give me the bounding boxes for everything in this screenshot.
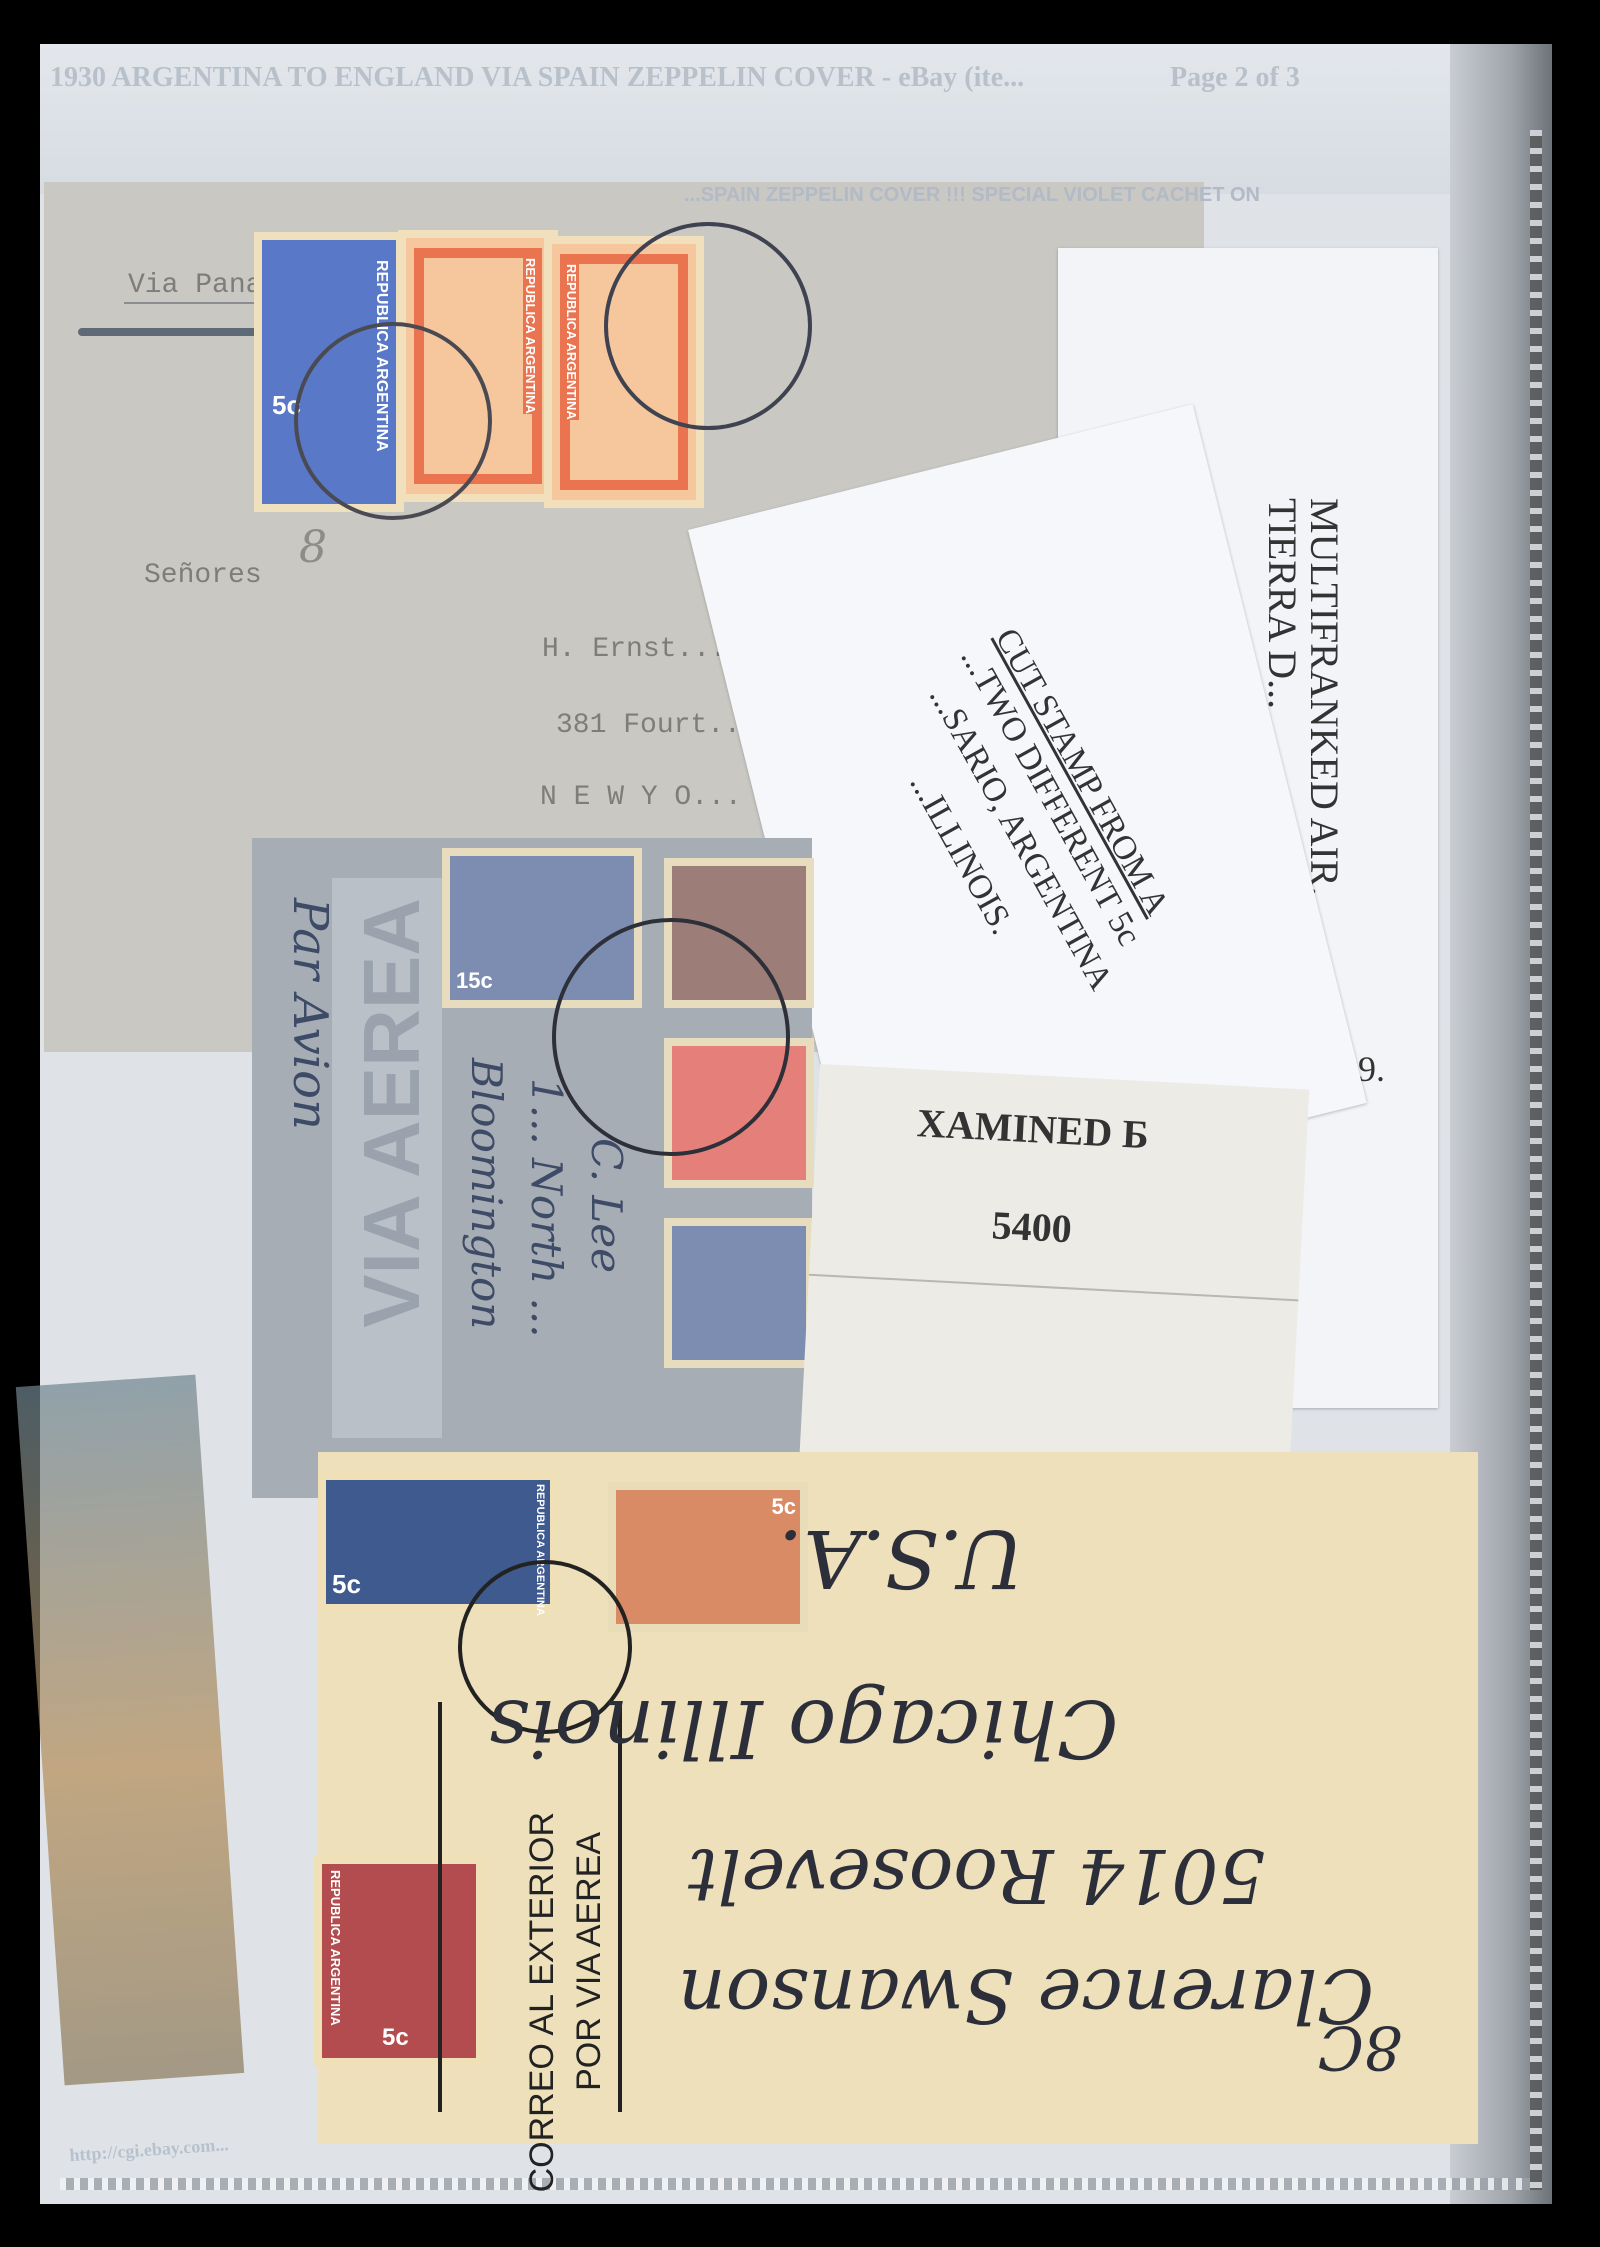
par-avion-handwriting: Par Avion <box>282 898 338 1130</box>
cancel-bar-1 <box>438 1702 442 2112</box>
blue-pencil-stroke <box>78 328 258 336</box>
note-line-1: MULTIFRANKED AIR... <box>1301 498 1348 917</box>
address-bloomington: Bloomington <box>462 1058 511 1329</box>
envelope-flap-edge <box>809 1274 1298 1302</box>
stamp-15c-2 <box>664 1218 814 1368</box>
censor-number: 5400 <box>991 1201 1073 1252</box>
censor-examined-text: XAMINED Б <box>916 1099 1150 1158</box>
machine-cancel-exterior: CORREO AL EXTERIOR <box>523 1812 562 2192</box>
address-name: Clarence Swanson <box>678 1952 1374 2038</box>
address-line-2: 381 Fourt... <box>556 710 758 741</box>
note-line-2: TIERRA D... <box>1259 498 1306 709</box>
sleeve-top-ghost-print: 1930 ARGENTINA TO ENGLAND VIA SPAIN ZEPP… <box>40 44 1450 194</box>
address-city: Chicago Illinois <box>488 1682 1118 1775</box>
postmark-buenos-aires <box>604 222 812 430</box>
stamp-5c-building: REPUBLICA ARGENTINA 5c <box>314 1856 484 2066</box>
address-north: 1... North ... <box>522 1078 571 1338</box>
pencil-mark: 8 <box>299 522 327 573</box>
sleeve-perforation-bottom <box>60 2178 1530 2190</box>
via-aerea-text: VIA AEREA <box>346 898 438 1328</box>
address-street: 5014 Roosevelt <box>688 1832 1265 1918</box>
salutation: Señores <box>144 560 262 591</box>
address-line-3: N E W Y O... <box>540 782 742 813</box>
address-line-1: H. Ernst... <box>542 634 727 665</box>
censor-envelope: XAMINED Б 5400 <box>799 1064 1309 1489</box>
ghost-subline: ...SPAIN ZEPPELIN COVER !!! SPECIAL VIOL… <box>684 184 1260 207</box>
via-aerea-band: VIA AEREA <box>332 878 442 1438</box>
ghost-title: 1930 ARGENTINA TO ENGLAND VIA SPAIN ZEPP… <box>50 62 1024 94</box>
postmark-ushuaia <box>552 918 790 1156</box>
address-country: U.S.A. <box>778 1512 1024 1605</box>
sleeve-perforation-right <box>1530 130 1542 2190</box>
cover-bottom: 5c REPUBLICA ARGENTINA 5c REPUBLICA ARGE… <box>318 1452 1478 2144</box>
address-name: C. Lee <box>582 1138 631 1273</box>
corner-mark: 8C <box>1318 2012 1402 2082</box>
ghost-page-info: Page 2 of 3 <box>1170 62 1300 94</box>
machine-cancel-via-aerea: POR VIA AEREA <box>570 1832 609 2091</box>
cover-middle: VIA AEREA Par Avion Bloomington 1... Nor… <box>252 838 812 1498</box>
postmark-via-aerea-1 <box>294 322 492 520</box>
